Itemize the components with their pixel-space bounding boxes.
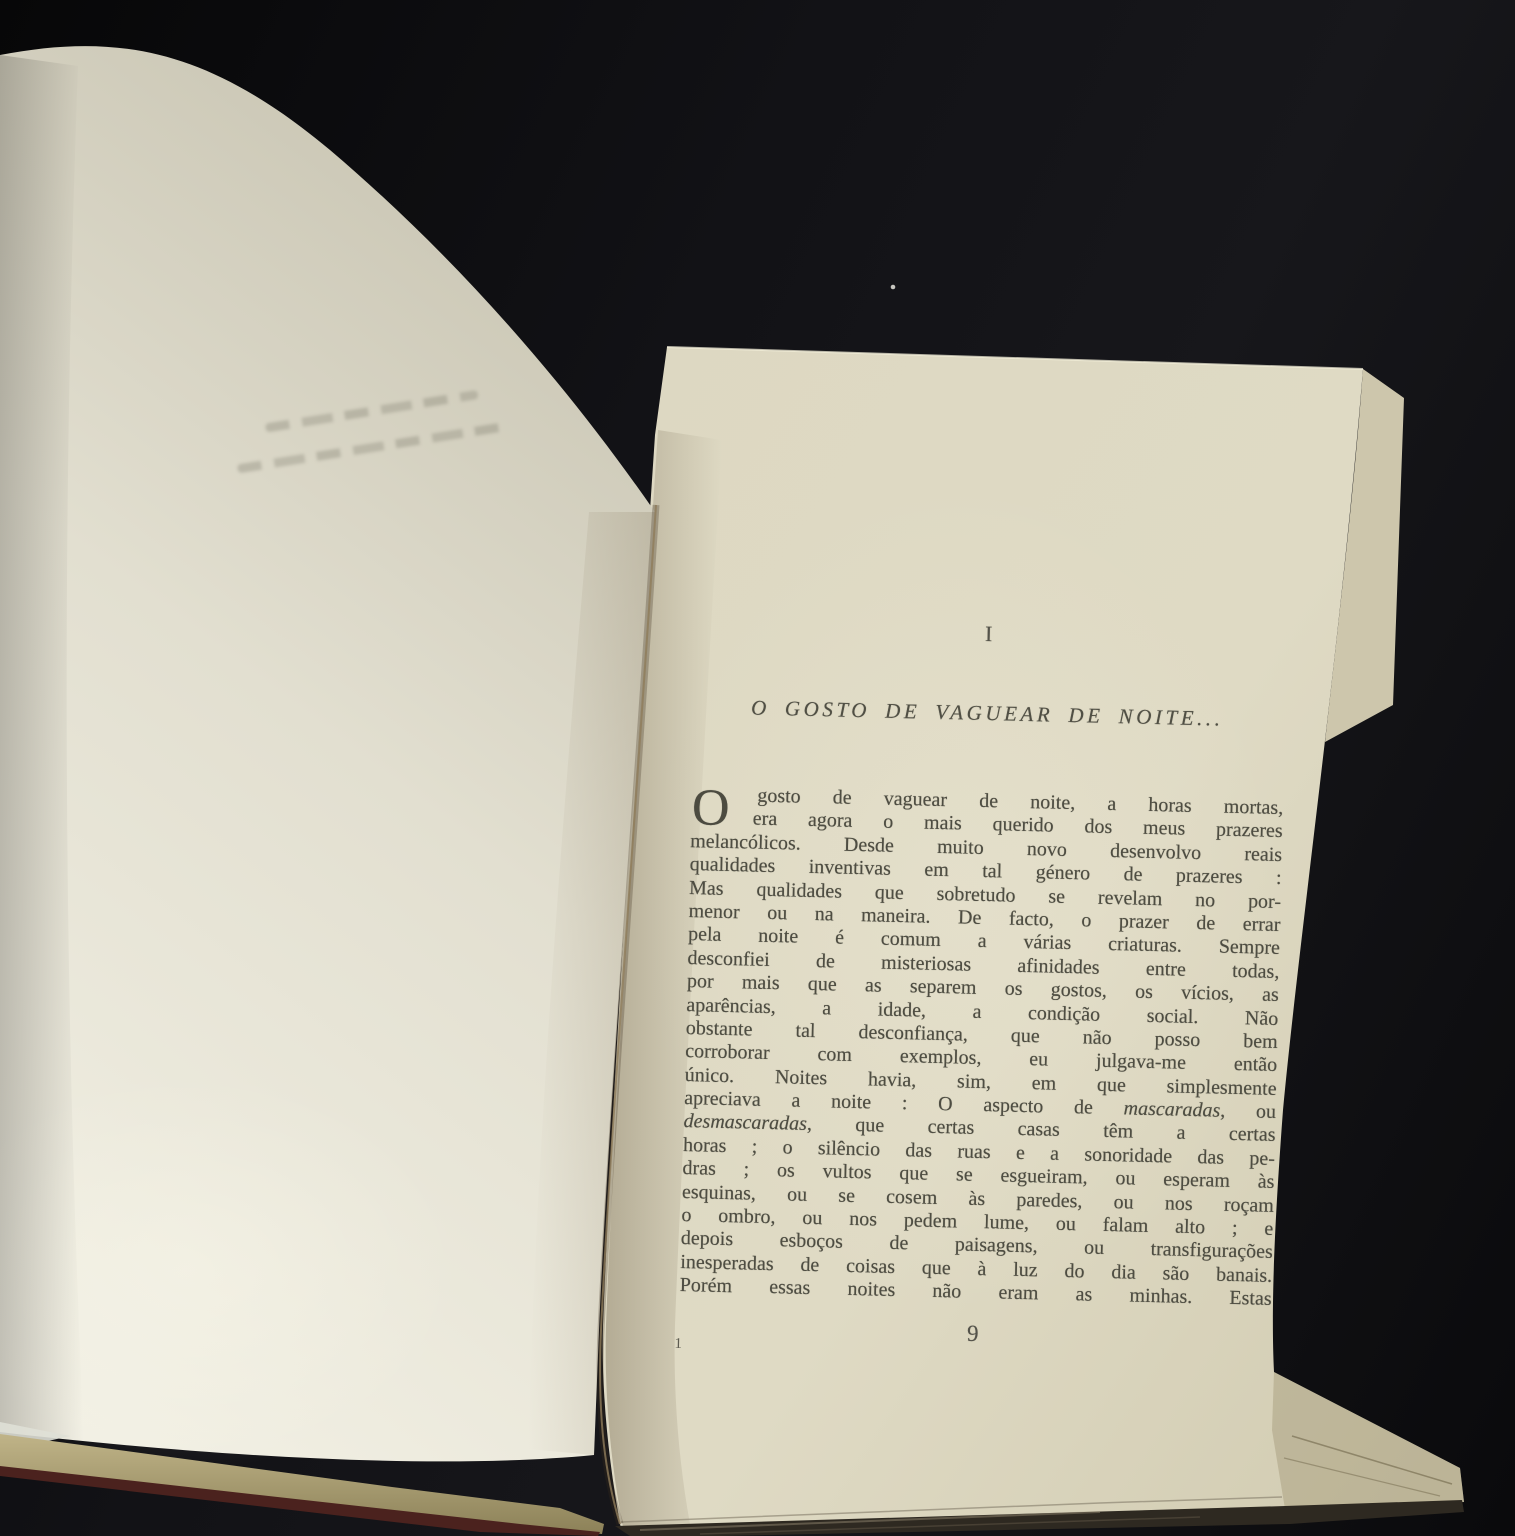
page-number: 9 [673,1314,1273,1354]
book-photo: I O GOSTO DE VAGUEAR DE NOITE... O gosto… [0,0,1515,1536]
chapter-title: O GOSTO DE VAGUEAR DE NOITE... [687,694,1287,733]
chapter-number: I [689,614,1289,654]
fore-edge-fan [1272,1372,1464,1509]
dust-speck [891,285,896,290]
drop-cap: O [692,785,731,831]
right-page-content: I O GOSTO DE VAGUEAR DE NOITE... O gosto… [671,598,1289,1402]
signature-mark: 1 [674,1336,682,1353]
body-paragraph: O gosto de vaguear de noite, a horas mor… [680,783,1284,1311]
